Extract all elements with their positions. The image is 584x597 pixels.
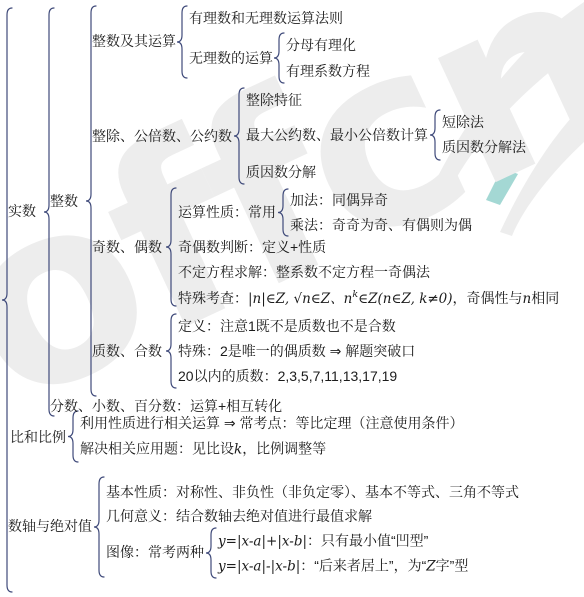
node-n21-text: 质数、合数 (92, 343, 162, 359)
node-n26: 比和比例 (10, 429, 66, 445)
node-n26-text: 比和比例 (10, 429, 66, 445)
node-n28-text: 解决相关应用题：见比设 (80, 441, 234, 457)
node-n19-text: 不定方程求解：整系数不定方程一奇偶法 (178, 264, 430, 280)
node-n27-text: 利用性质进行相关运算 ⇒ 常考点：等比定理（注意使用条件） (80, 415, 464, 431)
node-n20-text: ∈Z(n∈Z, k≠0) (358, 291, 452, 307)
node-n6-text: 分母有理化 (286, 37, 356, 53)
node-n33-text: y=|x-a|+|x-b| (218, 534, 307, 550)
node-n17-text: 乘法：奇奇为奇、有偶则为偶 (290, 217, 472, 233)
node-n29: 数轴与绝对值 (8, 518, 92, 534)
node-n10-text: 最大公约数、最小公倍数计算 (246, 127, 428, 143)
node-n34-text: ：“后来者居上”，为“ (300, 558, 426, 574)
mindmap-canvas: offcn 实数整数整数及其运算有理数和无理数运算法则无理数的运算分母有理化有理… (0, 0, 584, 597)
node-n1: 实数 (8, 203, 36, 219)
node-n24: 20以内的质数：2,3,5,7,11,13,17,19 (178, 368, 397, 384)
node-n19: 不定方程求解：整系数不定方程一奇偶法 (178, 264, 430, 280)
node-n8-text: 整除、公倍数、公约数 (92, 128, 232, 144)
node-n18: 奇偶数判断：定义+性质 (178, 239, 326, 255)
node-n25: 分数、小数、百分数：运算+相互转化 (50, 398, 282, 414)
node-n9: 整除特征 (246, 92, 302, 108)
node-n25-text: 分数、小数、百分数：运算+相互转化 (50, 398, 282, 414)
node-n3-text: 整数及其运算 (92, 33, 176, 49)
node-n30: 基本性质：对称性、非负性（非负定零）、基本不等式、三角不等式 (106, 484, 519, 500)
node-n15: 运算性质：常用 (178, 204, 276, 220)
node-n5-text: 无理数的运算 (189, 50, 273, 66)
node-n24-text: 20以内的质数：2,3,5,7,11,13,17,19 (178, 368, 397, 384)
node-n34-text: y=|x-a|-|x-b| (218, 559, 300, 575)
node-n8: 整除、公倍数、公约数 (92, 128, 232, 144)
node-n16-text: 加法：同偶异奇 (290, 192, 388, 208)
node-n23-text: 特殊：2是唯一的偶质数 ⇒ 解题突破口 (178, 343, 415, 359)
node-n6: 分母有理化 (286, 37, 356, 53)
node-n14: 奇数、偶数 (92, 239, 162, 255)
node-n27: 利用性质进行相关运算 ⇒ 常考点：等比定理（注意使用条件） (80, 415, 464, 431)
node-n20: 特殊考查：|n|∈Z, √n∈Z、nk∈Z(n∈Z, k≠0)，奇偶性与n相同 (178, 287, 559, 307)
node-n14-text: 奇数、偶数 (92, 239, 162, 255)
node-n32-text: 图像：常考两种 (106, 544, 204, 560)
node-n34-text: Z (426, 559, 435, 575)
node-n16: 加法：同偶异奇 (290, 192, 388, 208)
node-n10: 最大公约数、最小公倍数计算 (246, 127, 428, 143)
node-n4: 有理数和无理数运算法则 (189, 10, 343, 26)
node-n20-text: 相同 (531, 290, 559, 306)
node-n22-text: 定义：注意1既不是质数也不是合数 (178, 318, 396, 334)
node-n31-text: 几何意义：结合数轴去绝对值进行最值求解 (106, 508, 372, 524)
node-n21: 质数、合数 (92, 343, 162, 359)
node-n28-text: k (234, 442, 242, 458)
node-n13: 质因数分解 (246, 164, 316, 180)
node-n30-text: 基本性质：对称性、非负性（非负定零）、基本不等式、三角不等式 (106, 484, 519, 500)
node-n29-text: 数轴与绝对值 (8, 518, 92, 534)
node-n11: 短除法 (442, 114, 484, 130)
node-n20-text: ，奇偶性与 (453, 290, 523, 306)
node-n1-text: 实数 (8, 203, 36, 219)
node-n12-text: 质因数分解法 (442, 139, 526, 155)
node-n28-text: ，比例调整等 (242, 441, 326, 457)
node-n20-text: 特殊考查： (178, 290, 248, 306)
node-n20-text: |n|∈Z, √n∈Z、n (248, 291, 352, 307)
node-n28: 解决相关应用题：见比设k，比例调整等 (80, 441, 326, 458)
node-n5: 无理数的运算 (189, 50, 273, 66)
node-n15-text: 运算性质：常用 (178, 204, 276, 220)
node-n31: 几何意义：结合数轴去绝对值进行最值求解 (106, 508, 372, 524)
node-n20-text: n (523, 291, 532, 307)
node-n34: y=|x-a|-|x-b|：“后来者居上”，为“Z字”型 (218, 558, 468, 575)
node-n12: 质因数分解法 (442, 139, 526, 155)
node-n2: 整数 (50, 193, 78, 209)
node-n7: 有理系数方程 (286, 63, 370, 79)
node-n33-text: ：只有最小值“凹型” (307, 533, 428, 549)
node-layer: 实数整数整数及其运算有理数和无理数运算法则无理数的运算分母有理化有理系数方程整除… (0, 0, 584, 597)
node-n7-text: 有理系数方程 (286, 63, 370, 79)
node-n13-text: 质因数分解 (246, 164, 316, 180)
node-n22: 定义：注意1既不是质数也不是合数 (178, 318, 396, 334)
node-n11-text: 短除法 (442, 114, 484, 130)
node-n4-text: 有理数和无理数运算法则 (189, 10, 343, 26)
node-n9-text: 整除特征 (246, 92, 302, 108)
node-n32: 图像：常考两种 (106, 544, 204, 560)
node-n33: y=|x-a|+|x-b|：只有最小值“凹型” (218, 533, 428, 550)
node-n18-text: 奇偶数判断：定义+性质 (178, 239, 326, 255)
node-n34-text: 字”型 (436, 558, 469, 574)
node-n23: 特殊：2是唯一的偶质数 ⇒ 解题突破口 (178, 343, 415, 359)
node-n2-text: 整数 (50, 193, 78, 209)
node-n3: 整数及其运算 (92, 33, 176, 49)
node-n17: 乘法：奇奇为奇、有偶则为偶 (290, 217, 472, 233)
